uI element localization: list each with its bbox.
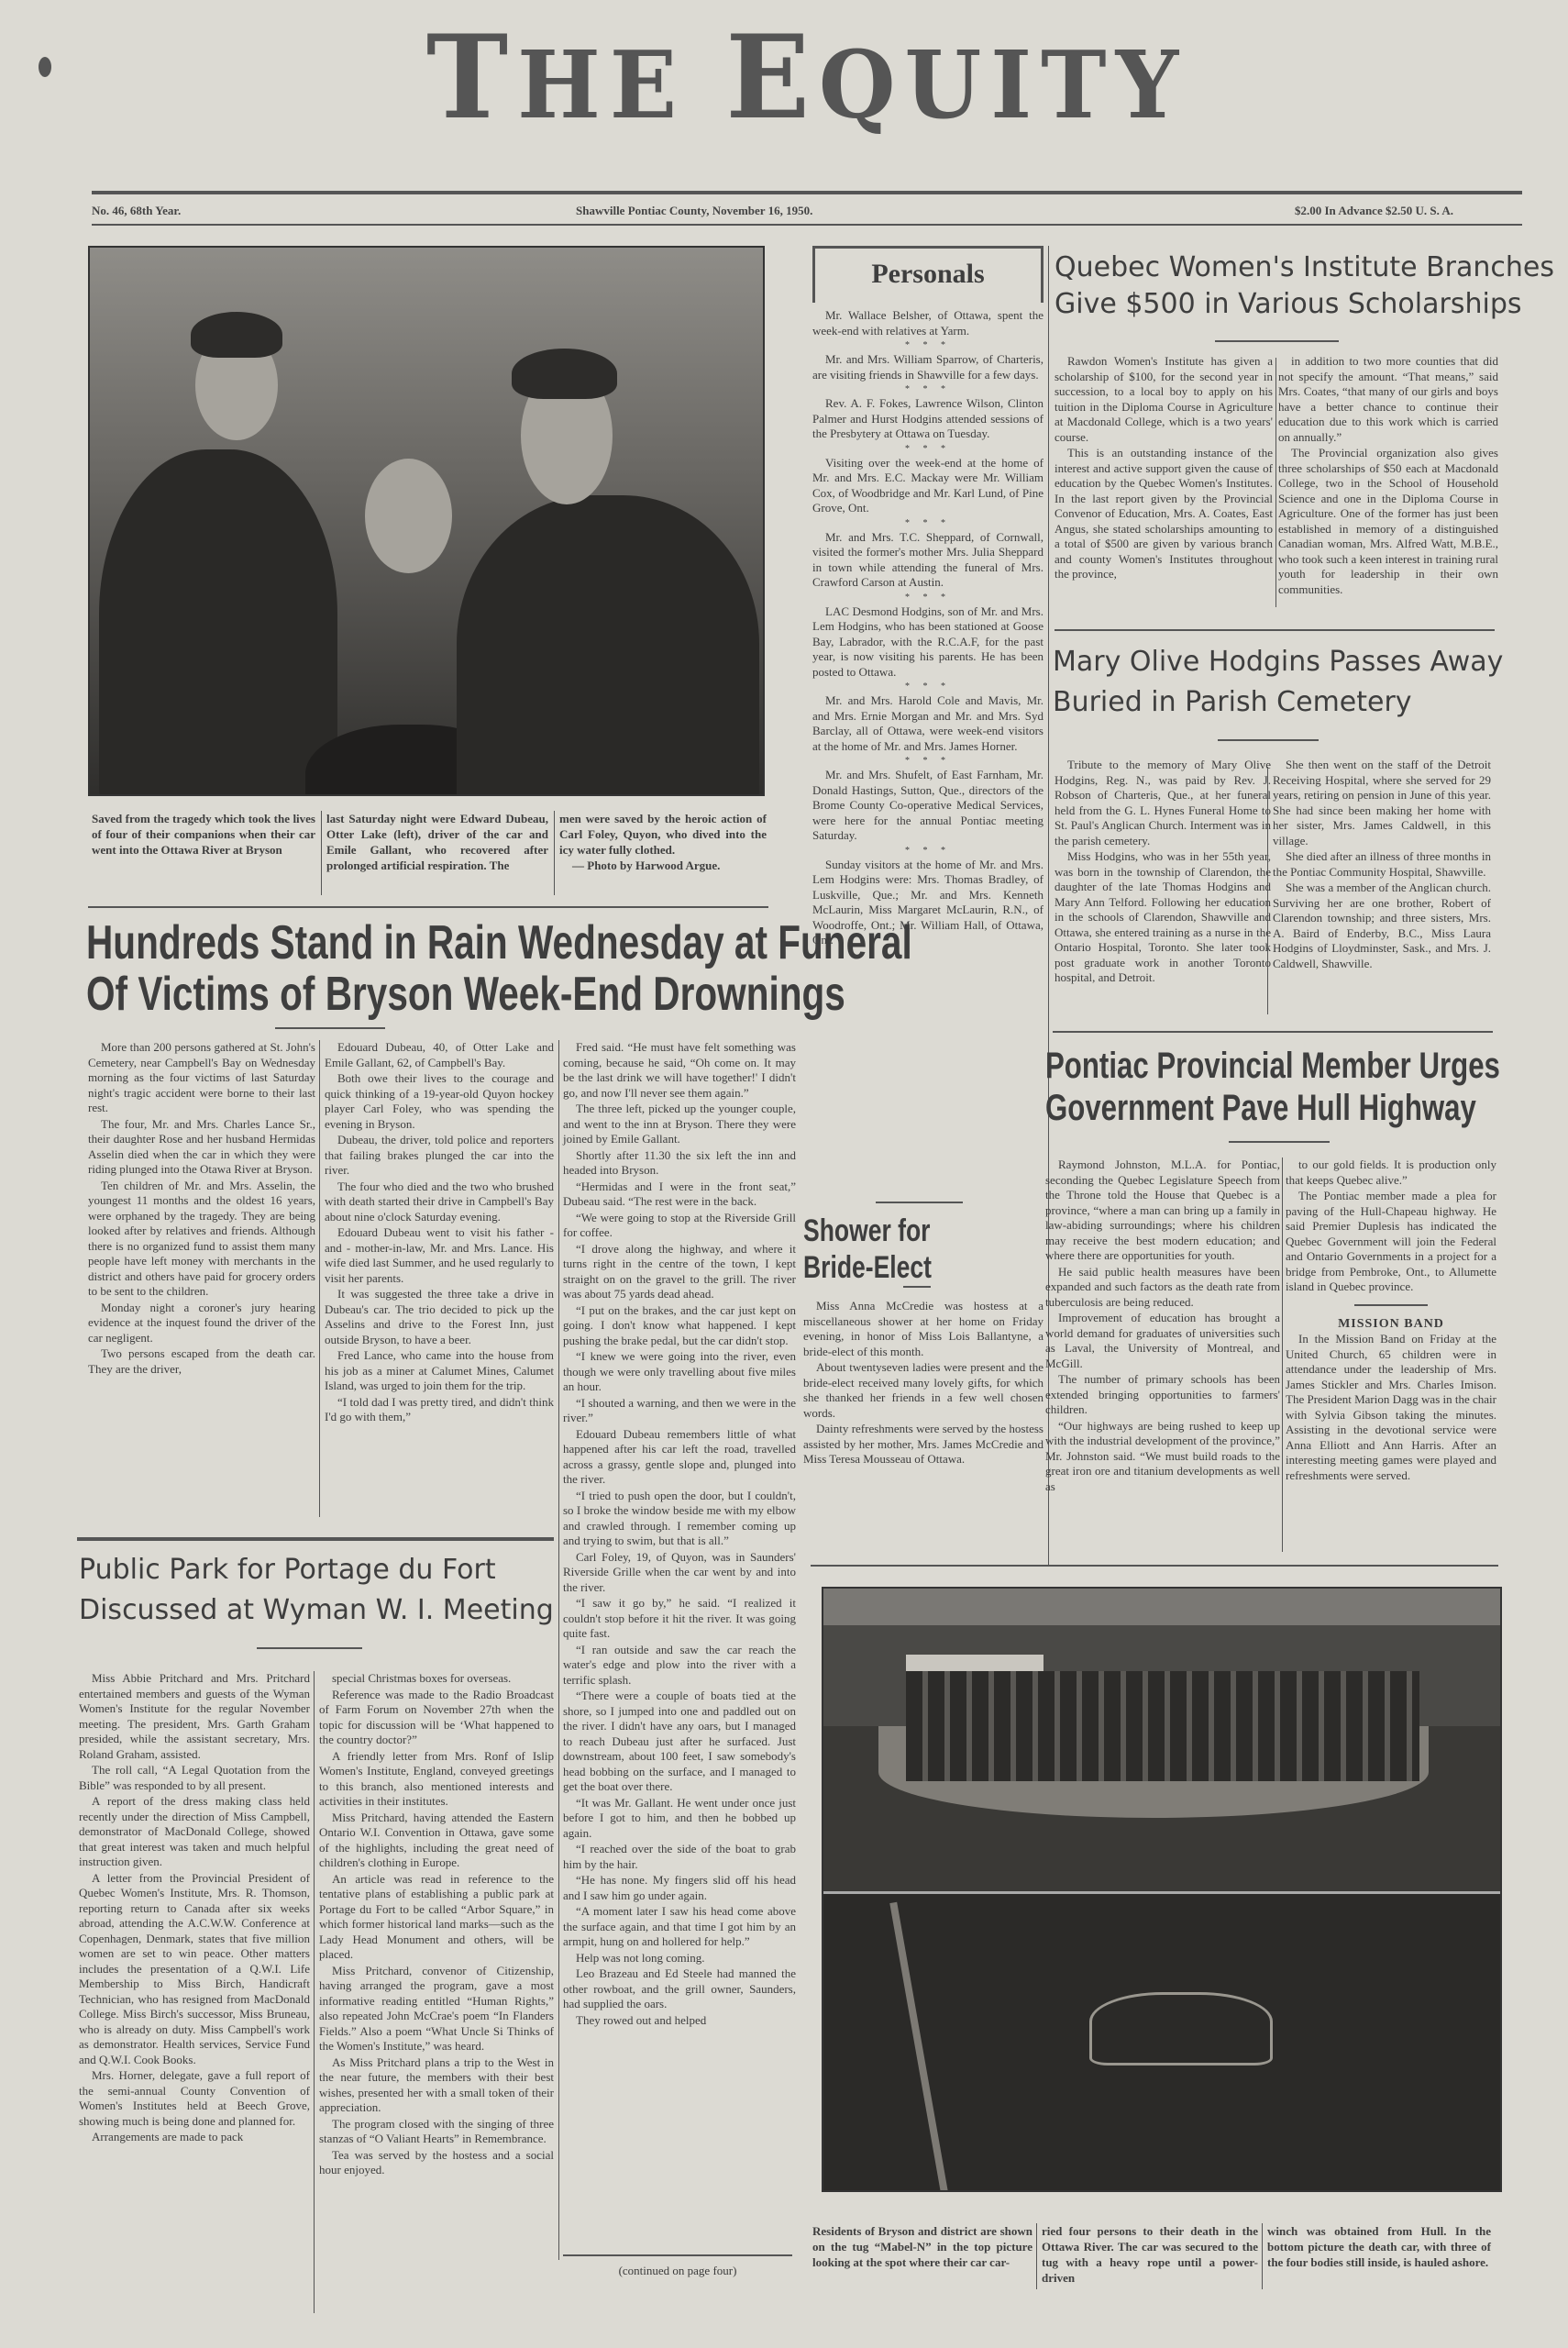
qwi-column-2: in addition to two more counties that di… xyxy=(1278,354,1498,598)
photo-death-car xyxy=(1089,1992,1273,2066)
park-column-2: special Christmas boxes for overseas. Re… xyxy=(319,1671,554,2179)
paragraph: Carl Foley, 19, of Quyon, was in Saunder… xyxy=(563,1550,796,1596)
headline-rule xyxy=(257,1647,362,1649)
headline-rule xyxy=(1218,739,1319,741)
paragraph: “I ran outside and saw the car reach the… xyxy=(563,1643,796,1689)
paragraph: Ten children of Mr. and Mrs. Asselin, th… xyxy=(88,1179,315,1300)
paragraph: The roll call, “A Legal Quotation from t… xyxy=(79,1763,310,1793)
paragraph: Miss Pritchard, having attended the East… xyxy=(319,1811,554,1871)
paragraph: The three left, picked up the younger co… xyxy=(563,1102,796,1147)
column-divider xyxy=(1282,1157,1283,1552)
paragraph: The number of primary schools has been e… xyxy=(1045,1372,1280,1418)
paragraph: Leo Brazeau and Ed Steele had manned the… xyxy=(563,1966,796,2012)
qwi-column-1: Rawdon Women's Institute has given a sch… xyxy=(1055,354,1273,583)
paragraph: special Christmas boxes for overseas. xyxy=(319,1671,554,1687)
section-rule xyxy=(811,1565,1498,1567)
photo-caption-col-3: men were saved by the heroic action of C… xyxy=(559,811,767,873)
headline-rule xyxy=(275,1027,385,1029)
personals-title: Personals xyxy=(815,249,1041,300)
obituary-column-1: Tribute to the memory of Mary Olive Hodg… xyxy=(1055,758,1271,987)
rescued-men-photo xyxy=(88,246,765,796)
column-divider xyxy=(314,1671,315,2313)
paragraph: “I saw it go by,” he said. “I realized i… xyxy=(563,1596,796,1642)
dateline: Shawville Pontiac County, November 16, 1… xyxy=(576,204,812,218)
paragraph: The program closed with the singing of t… xyxy=(319,2117,554,2147)
shower-headline-line-1: Shower for xyxy=(803,1213,931,1249)
paragraph: “Our highways are being rushed to keep u… xyxy=(1045,1419,1280,1495)
paragraph: An article was read in reference to the … xyxy=(319,1872,554,1963)
paragraph: A report of the dress making class held … xyxy=(79,1794,310,1870)
paragraph: The Pontiac member made a plea for pavin… xyxy=(1286,1189,1496,1295)
paragraph: “I told dad I was pretty tired, and didn… xyxy=(325,1395,554,1425)
paragraph: Tea was served by the hostess and a soci… xyxy=(319,2148,554,2178)
paragraph: Improvement of education has brought a w… xyxy=(1045,1311,1280,1371)
paragraph: In the Mission Band on Friday at the Uni… xyxy=(1286,1332,1496,1483)
paragraph: Rawdon Women's Institute has given a sch… xyxy=(1055,354,1273,445)
paragraph: They rowed out and helped xyxy=(563,2013,796,2029)
personals-column: Mr. Wallace Belsher, of Ottawa, spent th… xyxy=(812,308,1043,949)
paragraph: Dainty refreshments were served by the h… xyxy=(803,1422,1043,1467)
masthead-text: HE xyxy=(517,30,725,139)
separator: * * * xyxy=(812,755,1043,768)
funeral-column-2: Edouard Dubeau, 40, of Otter Lake and Em… xyxy=(325,1040,554,1426)
paragraph: Fred said. “He must have felt something … xyxy=(563,1040,796,1101)
paragraph: Miss Anna McCredie was hostess at a misc… xyxy=(803,1299,1043,1359)
qwi-headline-line-2: Give $500 in Various Scholarships xyxy=(1055,286,1522,323)
paragraph: Shortly after 11.30 the six left the inn… xyxy=(563,1148,796,1179)
subscription-price: $2.00 In Advance $2.50 U. S. A. xyxy=(1295,204,1453,218)
photo-caption-col-2: last Saturday night were Edward Dubeau, … xyxy=(326,811,548,873)
bottom-photo-caption-col-1: Residents of Bryson and district are sho… xyxy=(812,2223,1032,2270)
continued-on-page-four: (continued on page four) xyxy=(563,2264,792,2278)
pontiac-headline-line-1: Pontiac Provincial Member Urges xyxy=(1045,1046,1500,1086)
separator: * * * xyxy=(812,517,1043,530)
personal-item: Sunday visitors at the home of Mr. and M… xyxy=(812,858,1043,948)
section-rule xyxy=(1053,1031,1493,1033)
obituary-headline-line-2: Buried in Parish Cemetery xyxy=(1053,684,1412,721)
column-divider xyxy=(321,811,322,895)
paragraph: Edouard Dubeau, 40, of Otter Lake and Em… xyxy=(325,1040,554,1070)
continued-rule xyxy=(563,2254,792,2256)
personal-item: Rev. A. F. Fokes, Lawrence Wilson, Clint… xyxy=(812,396,1043,442)
separator: * * * xyxy=(812,443,1043,456)
paragraph: A letter from the Provincial President o… xyxy=(79,1871,310,2068)
paragraph: “It was Mr. Gallant. He went under once … xyxy=(563,1796,796,1842)
paragraph: It was suggested the three take a drive … xyxy=(325,1287,554,1347)
paragraph: She then went on the staff of the Detroi… xyxy=(1273,758,1491,848)
paragraph: “I drove along the highway, and where it… xyxy=(563,1242,796,1302)
section-rule xyxy=(876,1202,963,1203)
paragraph: Miss Pritchard, convenor of Citizenship,… xyxy=(319,1964,554,2054)
pontiac-column-2: to our gold fields. It is production onl… xyxy=(1286,1157,1496,1484)
paragraph: Edouard Dubeau remembers little of what … xyxy=(563,1427,796,1488)
photo-hair-right xyxy=(512,349,617,399)
park-headline-line-2: Discussed at Wyman W. I. Meeting xyxy=(79,1592,554,1629)
headline-rule xyxy=(1229,1141,1330,1143)
section-rule xyxy=(77,1537,554,1541)
headline-rule xyxy=(903,1286,931,1288)
qwi-headline-line-1: Quebec Women's Institute Branches xyxy=(1055,249,1554,286)
headline-rule xyxy=(1215,340,1339,342)
photo-face-center xyxy=(365,459,452,573)
personal-item: Visiting over the week-end at the home o… xyxy=(812,456,1043,516)
paragraph: Monday night a coroner's jury hearing ev… xyxy=(88,1301,315,1346)
paragraph: He said public health measures have been… xyxy=(1045,1265,1280,1311)
tug-and-car-photo xyxy=(822,1587,1502,2192)
obituary-headline-line-1: Mary Olive Hodgins Passes Away xyxy=(1053,644,1503,681)
paragraph: Raymond Johnston, M.L.A. for Pontiac, se… xyxy=(1045,1157,1280,1264)
paragraph: Reference was made to the Radio Broadcas… xyxy=(319,1688,554,1748)
paragraph: Two persons escaped from the death car. … xyxy=(88,1346,315,1377)
photo-crowd xyxy=(906,1671,1419,1781)
funeral-column-3: Fred said. “He must have felt something … xyxy=(563,1040,796,2029)
pontiac-column-1: Raymond Johnston, M.L.A. for Pontiac, se… xyxy=(1045,1157,1280,1495)
paragraph: About twentyseven ladies were present an… xyxy=(803,1360,1043,1421)
photo-figure-right xyxy=(457,495,759,796)
separator: * * * xyxy=(812,681,1043,693)
paragraph: She died after an illness of three month… xyxy=(1273,849,1491,880)
masthead-top-rule xyxy=(92,191,1522,194)
column-divider xyxy=(1036,2223,1037,2289)
masthead-text: QUITY xyxy=(819,30,1187,139)
paragraph: Arrangements are made to pack xyxy=(79,2130,310,2145)
column-divider xyxy=(1275,358,1276,607)
paragraph: Fred Lance, who came into the house from… xyxy=(325,1348,554,1394)
photo-credit: — Photo by Harwood Argue. xyxy=(559,858,720,872)
column-divider xyxy=(319,1040,320,1517)
paragraph: “A moment later I saw his head come abov… xyxy=(563,1904,796,1950)
separator: * * * xyxy=(812,383,1043,396)
paragraph: Edouard Dubeau went to visit his father … xyxy=(325,1225,554,1286)
paragraph: Mrs. Horner, delegate, gave a full repor… xyxy=(79,2068,310,2129)
masthead-letter: E xyxy=(725,9,818,145)
paragraph: “I put on the brakes, and the car just k… xyxy=(563,1303,796,1349)
personal-item: Mr. and Mrs. William Sparrow, of Charter… xyxy=(812,352,1043,382)
paragraph: She was a member of the Anglican church.… xyxy=(1273,880,1491,971)
separator: * * * xyxy=(812,592,1043,604)
paragraph: Miss Abbie Pritchard and Mrs. Pritchard … xyxy=(79,1671,310,1762)
photo-figure-left xyxy=(99,449,337,796)
masthead-bottom-rule xyxy=(92,224,1522,226)
paragraph: More than 200 persons gathered at St. Jo… xyxy=(88,1040,315,1116)
masthead-letter: T xyxy=(426,9,517,145)
funeral-headline-line-2: Of Victims of Bryson Week-End Drownings xyxy=(86,969,845,1020)
column-divider xyxy=(554,811,555,895)
caption-text: men were saved by the heroic action of C… xyxy=(559,812,767,857)
personal-item: Mr. and Mrs. T.C. Sheppard, of Cornwall,… xyxy=(812,530,1043,591)
paragraph: The Provincial organization also gives t… xyxy=(1278,446,1498,597)
personals-title-box: Personals xyxy=(812,246,1043,303)
paragraph: “He has none. My fingers slid off his he… xyxy=(563,1873,796,1903)
paragraph: to our gold fields. It is production onl… xyxy=(1286,1157,1496,1188)
funeral-column-1: More than 200 persons gathered at St. Jo… xyxy=(88,1040,315,1378)
paragraph: “I reached over the side of the boat to … xyxy=(563,1842,796,1872)
paragraph: As Miss Pritchard plans a trip to the We… xyxy=(319,2055,554,2116)
column-divider xyxy=(1267,767,1268,1014)
personal-item: Mr. and Mrs. Shufelt, of East Farnham, M… xyxy=(812,768,1043,844)
park-column-1: Miss Abbie Pritchard and Mrs. Pritchard … xyxy=(79,1671,310,2146)
paragraph: Miss Hodgins, who was in her 55th year, … xyxy=(1055,849,1271,986)
section-rule xyxy=(88,906,768,908)
section-rule xyxy=(1354,1304,1428,1306)
personal-item: LAC Desmond Hodgins, son of Mr. and Mrs.… xyxy=(812,604,1043,681)
shower-headline-line-2: Bride-Elect xyxy=(803,1249,932,1286)
paragraph: The four who died and the two who brushe… xyxy=(325,1180,554,1225)
paragraph: in addition to two more counties that di… xyxy=(1278,354,1498,445)
pontiac-headline-line-2: Government Pave Hull Highway xyxy=(1045,1088,1476,1128)
funeral-headline-line-1: Hundreds Stand in Rain Wednesday at Fune… xyxy=(86,917,912,969)
paragraph: Tribute to the memory of Mary Olive Hodg… xyxy=(1055,758,1271,848)
personal-item: Mr. and Mrs. Harold Cole and Mavis, Mr. … xyxy=(812,693,1043,754)
paragraph: “There were a couple of boats tied at th… xyxy=(563,1689,796,1795)
section-rule xyxy=(1055,629,1495,631)
paragraph: This is an outstanding instance of the i… xyxy=(1055,446,1273,582)
punch-hole-dot xyxy=(39,57,51,77)
column-divider xyxy=(558,1040,559,2260)
paragraph: “I knew we were going into the river, ev… xyxy=(563,1349,796,1395)
paragraph: The four, Mr. and Mrs. Charles Lance Sr.… xyxy=(88,1117,315,1178)
paragraph: “I tried to push open the door, but I co… xyxy=(563,1489,796,1549)
paragraph: Dubeau, the driver, told police and repo… xyxy=(325,1133,554,1179)
column-divider xyxy=(1262,2223,1263,2289)
issue-number: No. 46, 68th Year. xyxy=(92,204,181,218)
bottom-photo-caption-col-2: ried four persons to their death in the … xyxy=(1042,2223,1258,2286)
paragraph: “We were going to stop at the Riverside … xyxy=(563,1211,796,1241)
photo-caption-col-1: Saved from the tragedy which took the li… xyxy=(92,811,315,858)
separator: * * * xyxy=(812,845,1043,858)
paragraph: “Hermidas and I were in the front seat,”… xyxy=(563,1180,796,1210)
paragraph: A friendly letter from Mrs. Ronf of Isli… xyxy=(319,1749,554,1810)
paragraph: Help was not long coming. xyxy=(563,1951,796,1966)
separator: * * * xyxy=(812,339,1043,352)
paragraph: Both owe their lives to the courage and … xyxy=(325,1071,554,1132)
obituary-column-2: She then went on the staff of the Detroi… xyxy=(1273,758,1491,972)
shower-column: Miss Anna McCredie was hostess at a misc… xyxy=(803,1299,1043,1468)
personal-item: Mr. Wallace Belsher, of Ottawa, spent th… xyxy=(812,308,1043,338)
paragraph: “I shouted a warning, and then we were i… xyxy=(563,1396,796,1426)
bottom-photo-caption-col-3: winch was obtained from Hull. In the bot… xyxy=(1267,2223,1491,2270)
mission-band-subhead: MISSION BAND xyxy=(1286,1317,1496,1333)
park-headline-line-1: Public Park for Portage du Fort xyxy=(79,1552,496,1589)
photo-hair-left xyxy=(191,312,282,358)
newspaper-masthead: THE EQUITY xyxy=(165,16,1449,149)
